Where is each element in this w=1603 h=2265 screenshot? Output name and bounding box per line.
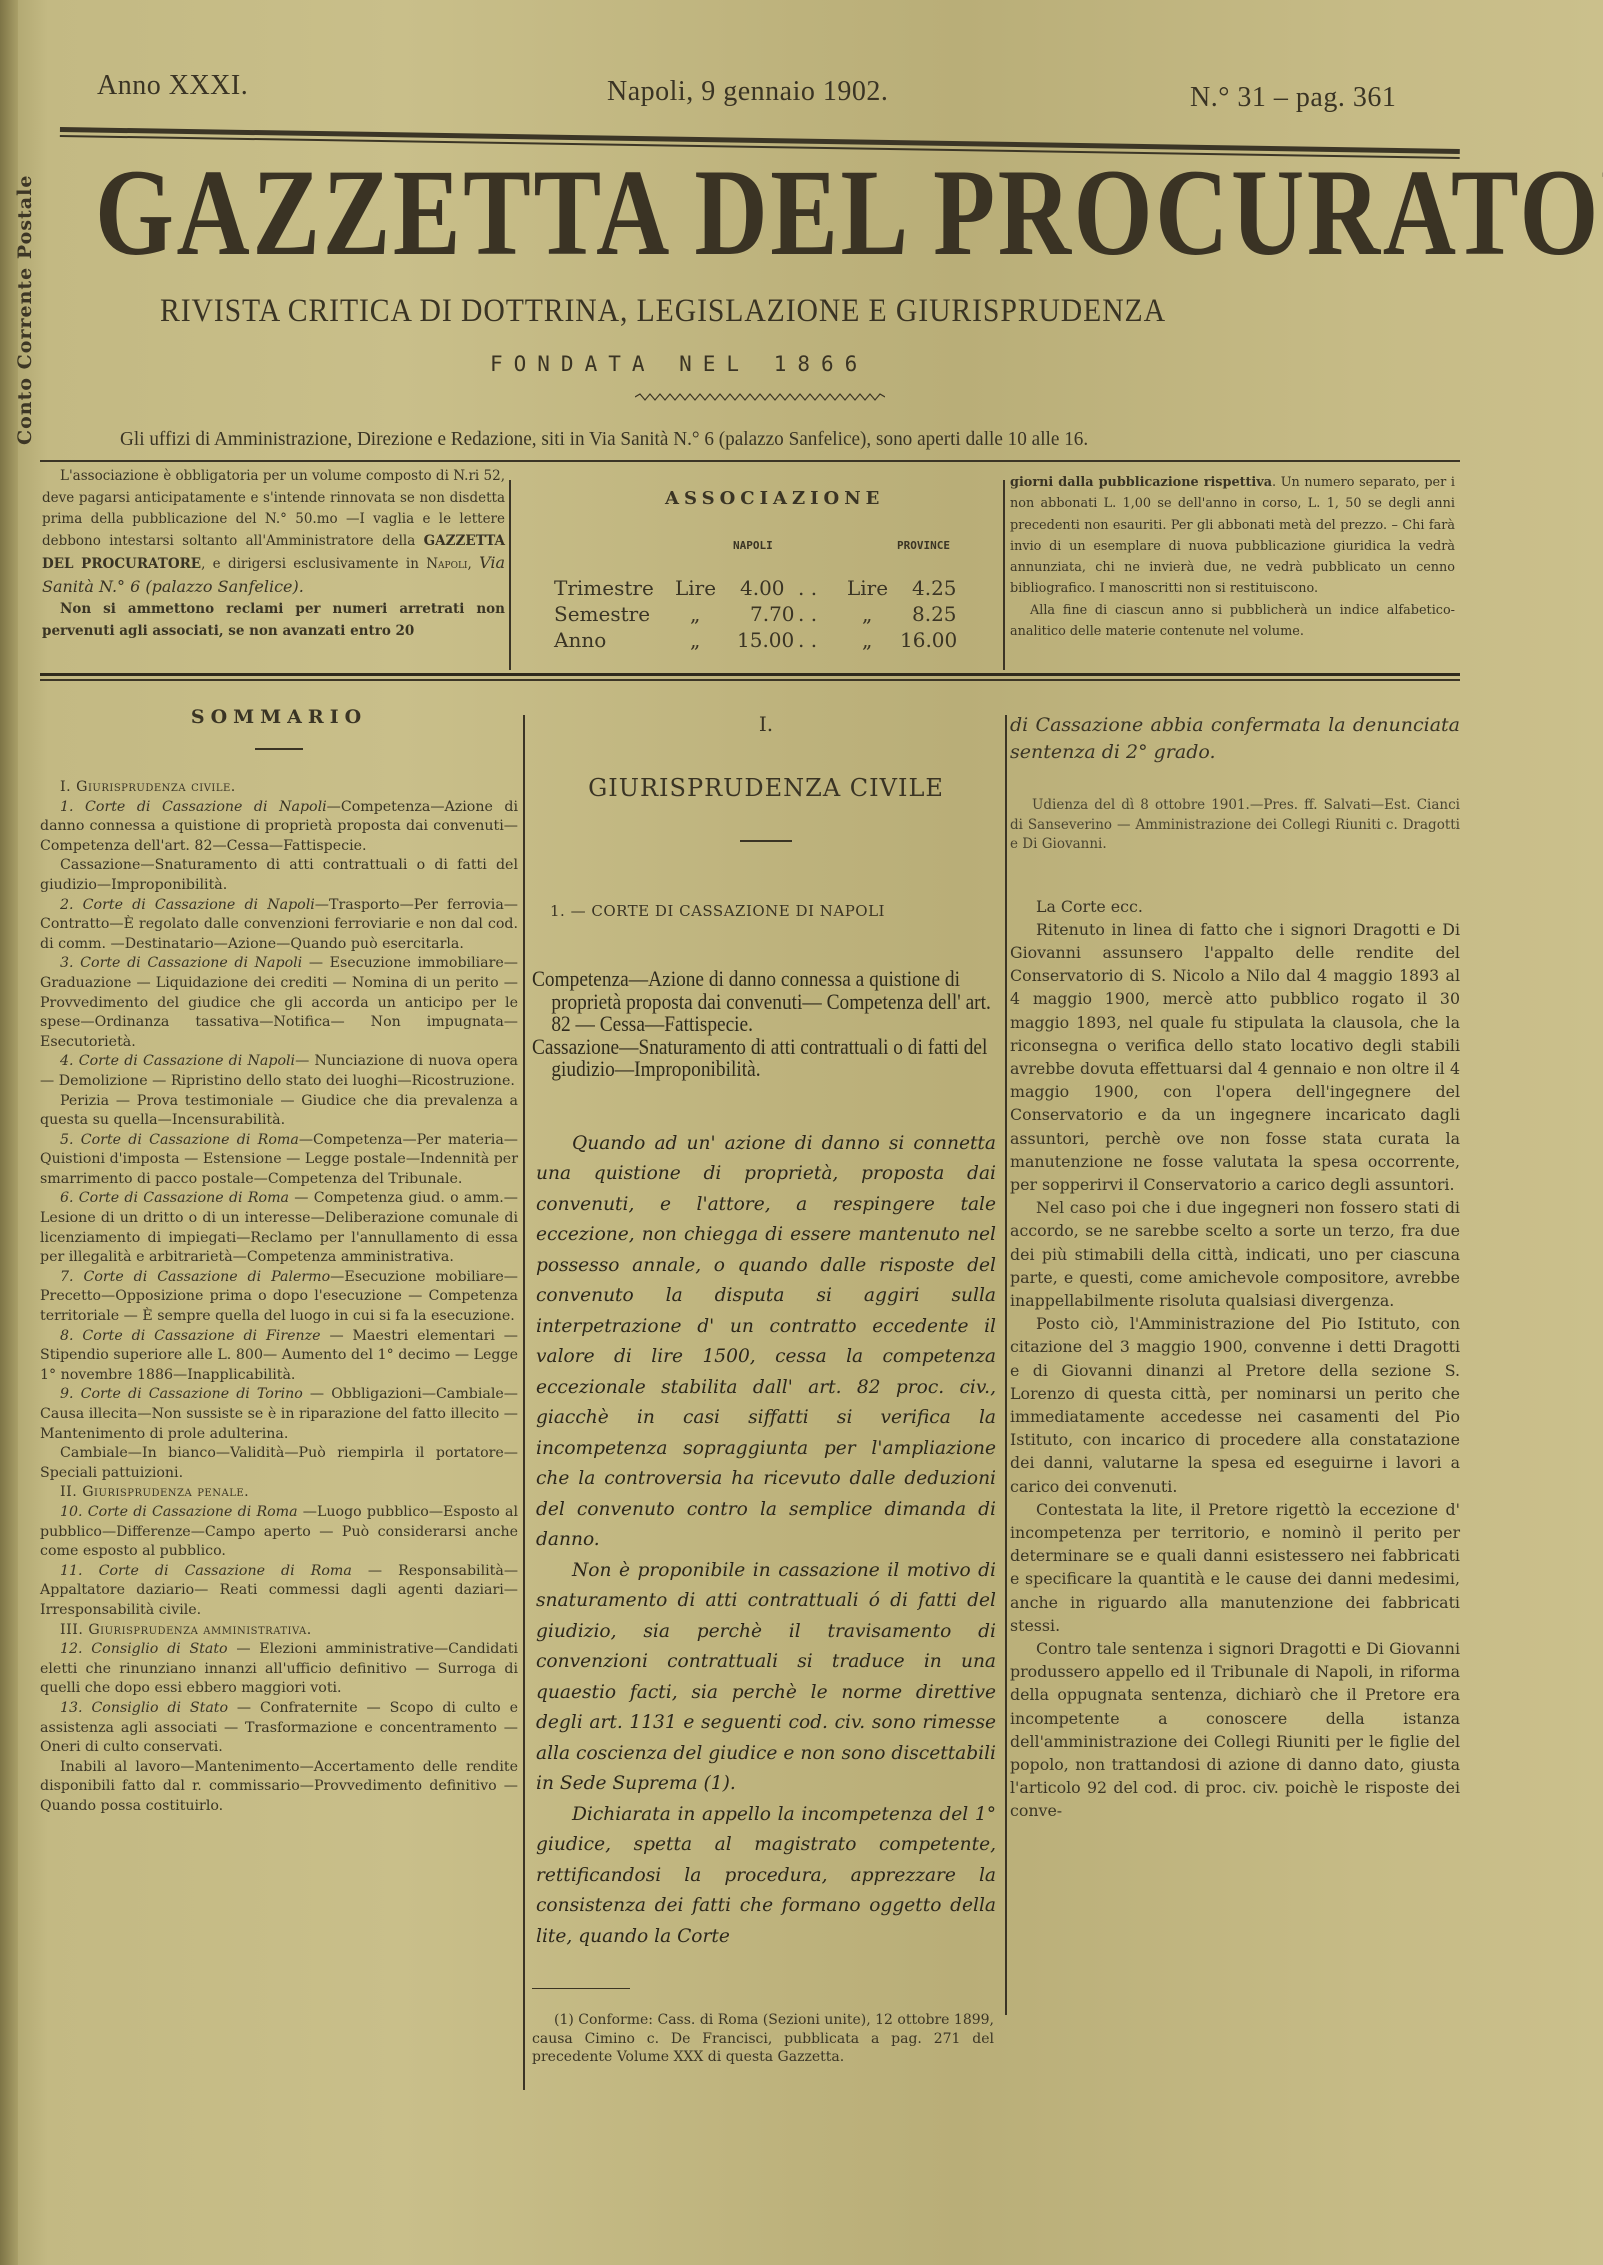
summary-entry[interactable]: 11. Corte di Cassazione di Roma — Respon…: [40, 1562, 518, 1621]
summary-entry[interactable]: 6. Corte di Cassazione di Roma — Compete…: [40, 1189, 518, 1267]
info-divider-2: [1003, 480, 1005, 670]
sommario-list: I. Giurisprudenza civile. 1. Corte di Ca…: [40, 778, 518, 1816]
maxim-continuation: di Cassazione abbia confermata la denunc…: [1010, 712, 1460, 766]
judgment-paragraph: La Corte ecc.: [1010, 895, 1460, 918]
section-title: GIURISPRUDENZA CIVILE: [532, 774, 1000, 802]
col-header-napoli: NAPOLI: [733, 539, 773, 552]
court-name: 3. Corte di Cassazione di Napoli: [60, 955, 302, 971]
court-name: 10. Corte di Cassazione di Roma: [60, 1504, 298, 1520]
summary-entry[interactable]: 13. Consiglio di Stato — Confraternite —…: [40, 1699, 518, 1758]
notice-bold: giorni dalla pubblicazione rispettiva: [1010, 475, 1272, 490]
maxim-paragraph: Non è proponibile in cassazione il motiv…: [536, 1556, 996, 1800]
price-row: Anno „ 15.00 . . „ 16.00: [530, 628, 970, 652]
price-row: Semestre „ 7.70 . . „ 8.25: [530, 602, 970, 626]
judgment-paragraph: Contestata la lite, il Pretore rigettò l…: [1010, 1498, 1460, 1637]
court-name: 6. Corte di Cassazione di Roma: [60, 1190, 289, 1206]
single-copy-notice: giorni dalla pubblicazione rispettiva. U…: [1010, 472, 1455, 642]
summary-entry[interactable]: 2. Corte di Cassazione di Napoli—Traspor…: [40, 896, 518, 955]
price-province: 16.00: [900, 628, 957, 652]
footnote-rule: [532, 1988, 630, 1989]
court-name: 5. Corte di Cassazione di Roma: [60, 1132, 299, 1148]
info-bottom-rule-2: [40, 679, 1460, 681]
offices-notice: Gli uffizi di Amministrazione, Direzione…: [120, 428, 1088, 451]
hearing-details: Udienza del dì 8 ottobre 1901.—Pres. ff.…: [1010, 796, 1460, 855]
summary-entry[interactable]: Cambiale—In bianco—Validità—Può riempirl…: [40, 1444, 518, 1483]
ditto-mark: „: [690, 602, 700, 626]
ditto-mark: „: [862, 602, 872, 626]
info-bottom-rule: [40, 673, 1460, 676]
notice-text: . Un numero separato, per i non abbonati…: [1010, 475, 1455, 596]
footnote: (1) Conforme: Cass. di Roma (Sezioni uni…: [532, 2011, 1000, 2067]
section-heading: II. Giurisprudenza penale.: [40, 1483, 518, 1503]
sommario-column: SOMMARIO I. Giurisprudenza civile. 1. Co…: [40, 706, 518, 1816]
judgment-paragraph: Posto ciò, l'Amministrazione del Pio Ist…: [1010, 1312, 1460, 1498]
terms-city: Napoli: [426, 556, 467, 572]
terms-text: ,: [467, 556, 479, 572]
wavy-ornament-icon: [635, 392, 885, 402]
subscription-price-table: ASSOCIAZIONE NAPOLI PROVINCE Trimestre L…: [530, 466, 990, 676]
keyword-entry: Competenza—Azione di danno connessa a qu…: [532, 968, 991, 1036]
summary-entry[interactable]: 7. Corte di Cassazione di Palermo—Esecuz…: [40, 1268, 518, 1327]
court-name: 7. Corte di Cassazione di Palermo: [60, 1269, 330, 1285]
legal-maxims: Quando ad un' azione di danno si connett…: [532, 1129, 1000, 1953]
side-note-conto-corrente: Conto Corrente Postale: [14, 145, 44, 445]
newspaper-subtitle: RIVISTA CRITICA DI DOTTRINA, LEGISLAZION…: [160, 293, 1166, 330]
price-napoli: 15.00: [737, 628, 794, 652]
founded-line: FONDATA NEL 1866: [490, 352, 868, 376]
reclami-notice: Non si ammettono reclami per numeri arre…: [42, 599, 505, 642]
summary-entry[interactable]: Inabili al lavoro—Mantenimento—Accertame…: [40, 1758, 518, 1817]
price-province: 4.25: [912, 576, 957, 600]
summary-entry[interactable]: 3. Corte di Cassazione di Napoli — Esecu…: [40, 954, 518, 1052]
info-top-rule: [40, 460, 1460, 462]
summary-entry[interactable]: 12. Consiglio di Stato — Elezioni ammini…: [40, 1640, 518, 1699]
period-label: Semestre: [554, 602, 650, 626]
maxim-paragraph: Dichiarata in appello la incompetenza de…: [536, 1800, 996, 1953]
court-name: 9. Corte di Cassazione di Torino: [60, 1386, 303, 1402]
summary-entry[interactable]: 8. Corte di Cassazione di Firenze — Maes…: [40, 1327, 518, 1386]
summary-entry[interactable]: 9. Corte di Cassazione di Torino — Obbli…: [40, 1385, 518, 1444]
ditto-mark: „: [690, 628, 700, 652]
period-label: Anno: [554, 628, 606, 652]
currency: Lire: [847, 576, 888, 600]
price-row: Trimestre Lire 4.00 . . Lire 4.25: [530, 576, 970, 600]
title-dash: [255, 748, 303, 750]
right-column: di Cassazione abbia confermata la denunc…: [1010, 712, 1460, 1823]
summary-entry[interactable]: 5. Corte di Cassazione di Roma—Competenz…: [40, 1131, 518, 1190]
judgment-paragraph: Ritenuto in linea di fatto che i signori…: [1010, 918, 1460, 1196]
column-divider-right: [1005, 715, 1007, 2015]
summary-entry[interactable]: 1. Corte di Cassazione di Napoli—Compete…: [40, 798, 518, 857]
period-label: Trimestre: [554, 576, 654, 600]
leader-dots: . .: [798, 576, 817, 600]
col-header-province: PROVINCE: [897, 539, 950, 552]
dateline: Napoli, 9 gennaio 1902.: [607, 76, 888, 108]
keyword-entry: Cassazione—Snaturamento di atti contratt…: [532, 1036, 991, 1081]
price-table-title: ASSOCIAZIONE: [665, 488, 884, 509]
volume-number: Anno XXXI.: [97, 70, 248, 102]
court-name: 13. Consiglio di Stato: [60, 1700, 228, 1716]
section-heading: III. Giurisprudenza amministrativa.: [40, 1621, 518, 1641]
issue-page: N.° 31 – pag. 361: [1190, 82, 1396, 114]
price-province: 8.25: [912, 602, 957, 626]
section-dash: [740, 840, 792, 842]
maxim-paragraph: Quando ad un' azione di danno si connett…: [536, 1129, 996, 1556]
subscription-terms: L'associazione è obbligatoria per un vol…: [42, 466, 505, 642]
court-name: 11. Corte di Cassazione di Roma: [60, 1563, 352, 1579]
summary-entry[interactable]: 10. Corte di Cassazione di Roma —Luogo p…: [40, 1503, 518, 1562]
court-heading: 1. — CORTE DI CASSAZIONE DI NAPOLI: [522, 902, 1000, 920]
court-name: 1. Corte di Cassazione di Napoli: [60, 799, 327, 815]
judgment-text: La Corte ecc. Ritenuto in linea di fatto…: [1010, 895, 1460, 1823]
part-number: I.: [532, 712, 1000, 736]
info-divider-1: [509, 480, 511, 670]
price-napoli: 7.70: [750, 602, 795, 626]
judgment-paragraph: Nel caso poi che i due ingegneri non fos…: [1010, 1196, 1460, 1312]
sommario-title: SOMMARIO: [40, 706, 518, 728]
section-heading: I. Giurisprudenza civile.: [40, 778, 518, 798]
ditto-mark: „: [862, 628, 872, 652]
court-name: 2. Corte di Cassazione di Napoli: [60, 897, 315, 913]
price-napoli: 4.00: [740, 576, 785, 600]
column-divider-left: [523, 715, 525, 2090]
keywords-block: Competenza—Azione di danno connessa a qu…: [532, 968, 1000, 1081]
terms-text: , e dirigersi esclusivamente in: [201, 556, 426, 572]
summary-entry[interactable]: Cassazione—Snaturamento di atti contratt…: [40, 856, 518, 895]
court-name: 12. Consiglio di Stato: [60, 1641, 228, 1657]
summary-entry[interactable]: 4. Corte di Cassazione di Napoli— Nuncia…: [40, 1052, 518, 1091]
judgment-paragraph: Contro tale sentenza i signori Dragotti …: [1010, 1637, 1460, 1823]
court-name: 8. Corte di Cassazione di Firenze: [60, 1328, 321, 1344]
summary-entry[interactable]: Perizia — Prova testimoniale — Giudice c…: [40, 1092, 518, 1131]
index-notice: Alla fine di ciascun anno si pubblicherà…: [1010, 600, 1455, 643]
newspaper-title: GAZZETTA DEL PROCURATORE: [95, 150, 1265, 276]
middle-column: I. GIURISPRUDENZA CIVILE 1. — CORTE DI C…: [532, 712, 1000, 2067]
leader-dots: . .: [798, 602, 817, 626]
court-name: 4. Corte di Cassazione di Napoli: [60, 1053, 295, 1069]
leader-dots: . .: [798, 628, 817, 652]
currency: Lire: [675, 576, 716, 600]
